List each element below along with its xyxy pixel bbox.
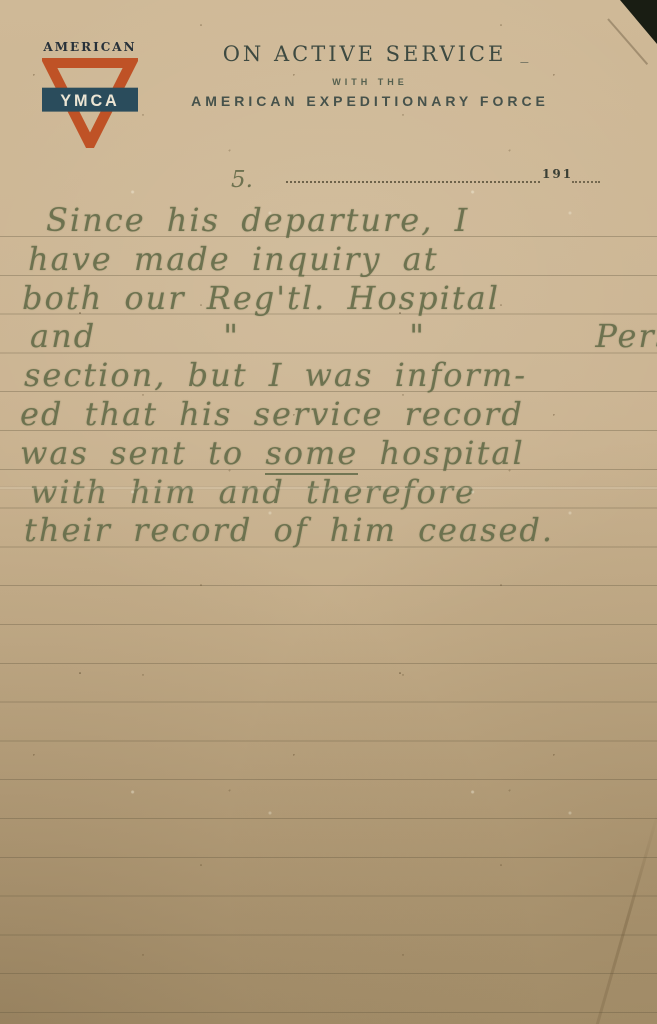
letter-paper: AMERICAN YMCA ON ACTIVE SERVICE_ WITH TH… — [0, 0, 657, 1024]
torn-corner-edge-shadow — [607, 18, 648, 65]
logo-american-label: AMERICAN — [36, 40, 144, 54]
handwritten-line: both our Reg'tl. Hospital — [22, 279, 654, 318]
date-dotted-rule — [286, 181, 540, 183]
letterhead-org-line: AMERICAN EXPEDITIONARY FORCE — [150, 93, 590, 109]
handwritten-line: section, but I was inform- — [24, 356, 654, 395]
handwritten-line: have made inquiry at — [28, 240, 654, 279]
letterhead-center: ON ACTIVE SERVICE_ WITH THE AMERICAN EXP… — [150, 42, 590, 109]
handwritten-line: ed that his service record — [20, 395, 654, 434]
letterhead-title-text: ON ACTIVE SERVICE — [223, 42, 507, 66]
handwritten-line: and " " Personnel — [30, 317, 654, 356]
handwritten-day: 5. — [231, 167, 253, 193]
handwritten-segment: was sent to — [20, 434, 265, 472]
ymca-logo-text: YMCA — [60, 92, 119, 110]
printed-year-prefix: 191 — [542, 167, 573, 181]
letterhead-title: ON ACTIVE SERVICE_ — [150, 42, 590, 66]
ymca-logo: AMERICAN YMCA — [36, 40, 144, 148]
handwritten-line: their record of him ceased. — [24, 511, 654, 550]
diagonal-crease — [594, 808, 657, 1024]
letterhead-subtitle: WITH THE — [150, 77, 590, 87]
handwritten-segment: hospital — [358, 434, 524, 472]
date-dotted-rule-end — [572, 181, 600, 183]
handwritten-line: was sent to some hospital — [20, 434, 654, 473]
handwritten-line: with him and therefore — [30, 473, 654, 512]
document-scan: { "letterhead": { "org_label": "AMERICAN… — [0, 0, 657, 1024]
handwritten-underlined-word: some — [265, 434, 358, 475]
handwritten-line: Since his departure, I — [46, 201, 654, 240]
handwritten-body: Since his departure, I have made inquiry… — [20, 201, 654, 550]
ymca-triangle-icon: YMCA — [42, 58, 138, 148]
letterhead-title-dash: _ — [520, 44, 531, 63]
